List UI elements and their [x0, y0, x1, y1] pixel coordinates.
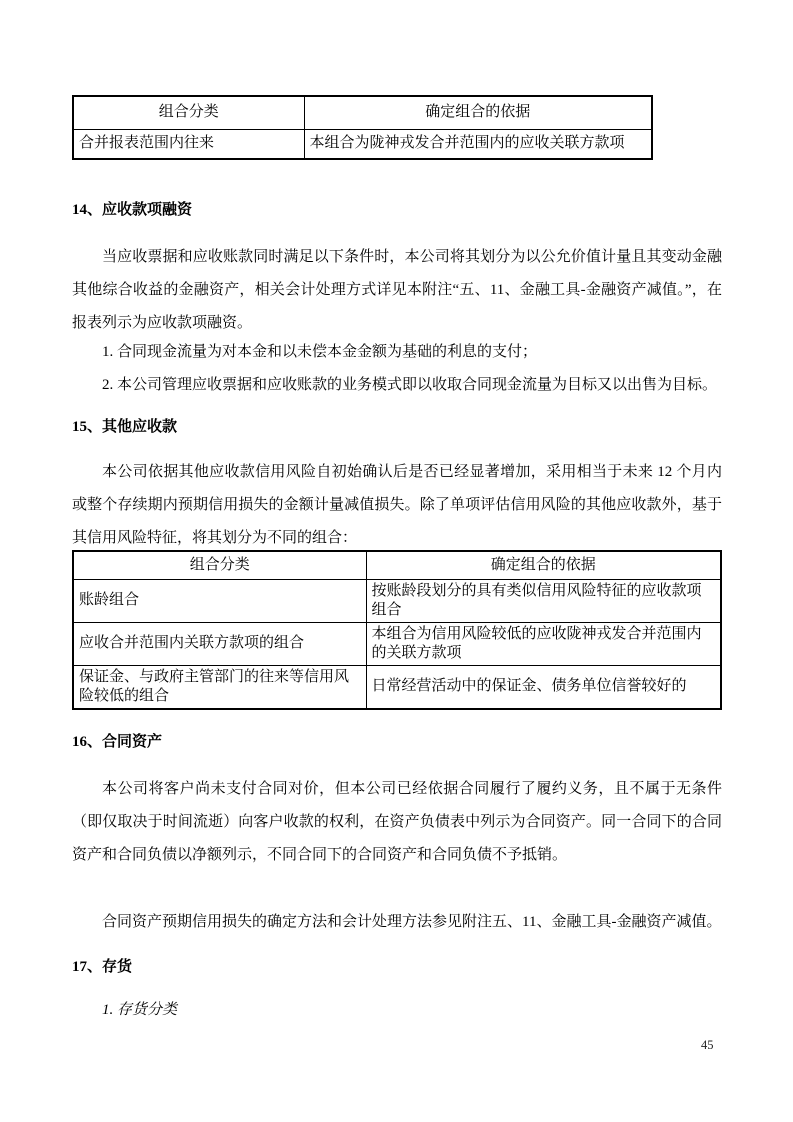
- section-14-paragraph: 当应收票据和应收账款同时满足以下条件时，本公司将其划分为以公允价值计量且其变动金…: [72, 241, 722, 340]
- section-16-heading: 16、合同资产: [72, 732, 162, 752]
- section-14-item-2: 2. 本公司管理应收票据和应收账款的业务模式即以收取合同现金流量为目标又以出售为…: [72, 369, 752, 402]
- section-16-paragraph-2: 合同资产预期信用损失的确定方法和会计处理方法参见附注五、11、金融工具-金融资产…: [72, 906, 752, 939]
- table-cell: 按账龄段划分的具有类似信用风险特征的应收款项组合: [366, 579, 721, 622]
- table-cell: 保证金、与政府主管部门的往来等信用风险较低的组合: [73, 665, 366, 709]
- other-receivables-portfolio-table: 组合分类 确定组合的依据 账龄组合 按账龄段划分的具有类似信用风险特征的应收款项…: [72, 550, 722, 710]
- table-cell: 合并报表范围内往来: [73, 129, 304, 159]
- table-header-row: 组合分类 确定组合的依据: [73, 551, 721, 579]
- document-page: 组合分类 确定组合的依据 合并报表范围内往来 本组合为陇神戎发合并范围内的应收关…: [0, 0, 793, 1122]
- table-header-cell: 确定组合的依据: [366, 551, 721, 579]
- table-row: 合并报表范围内往来 本组合为陇神戎发合并范围内的应收关联方款项: [73, 129, 652, 159]
- section-17-heading: 17、存货: [72, 957, 132, 977]
- table-header-cell: 组合分类: [73, 551, 366, 579]
- table-header-cell: 组合分类: [73, 96, 304, 129]
- table-cell: 本组合为信用风险较低的应收陇神戎发合并范围内的关联方款项: [366, 622, 721, 665]
- receivables-portfolio-table: 组合分类 确定组合的依据 合并报表范围内往来 本组合为陇神戎发合并范围内的应收关…: [72, 95, 653, 160]
- page-number: 45: [701, 1038, 714, 1053]
- table-cell: 账龄组合: [73, 579, 366, 622]
- table-row: 保证金、与政府主管部门的往来等信用风险较低的组合 日常经营活动中的保证金、债务单…: [73, 665, 721, 709]
- table-cell: 应收合并范围内关联方款项的组合: [73, 622, 366, 665]
- section-16-paragraph-1: 本公司将客户尚未支付合同对价，但本公司已经依据合同履行了履约义务，且不属于无条件…: [72, 773, 722, 872]
- section-17-item-1: 1. 存货分类: [72, 1000, 752, 1020]
- table-header-cell: 确定组合的依据: [304, 96, 652, 129]
- table-row: 应收合并范围内关联方款项的组合 本组合为信用风险较低的应收陇神戎发合并范围内的关…: [73, 622, 721, 665]
- section-14-item-1: 1. 合同现金流量为对本金和以未偿本金金额为基础的利息的支付；: [72, 336, 752, 369]
- section-15-heading: 15、其他应收款: [72, 417, 177, 437]
- table-cell: 本组合为陇神戎发合并范围内的应收关联方款项: [304, 129, 652, 159]
- table-cell: 日常经营活动中的保证金、债务单位信誉较好的: [366, 665, 721, 709]
- table-row: 账龄组合 按账龄段划分的具有类似信用风险特征的应收款项组合: [73, 579, 721, 622]
- section-14-heading: 14、应收款项融资: [72, 200, 192, 220]
- section-15-paragraph: 本公司依据其他应收款信用风险自初始确认后是否已经显著增加，采用相当于未来 12 …: [72, 456, 722, 555]
- table-header-row: 组合分类 确定组合的依据: [73, 96, 652, 129]
